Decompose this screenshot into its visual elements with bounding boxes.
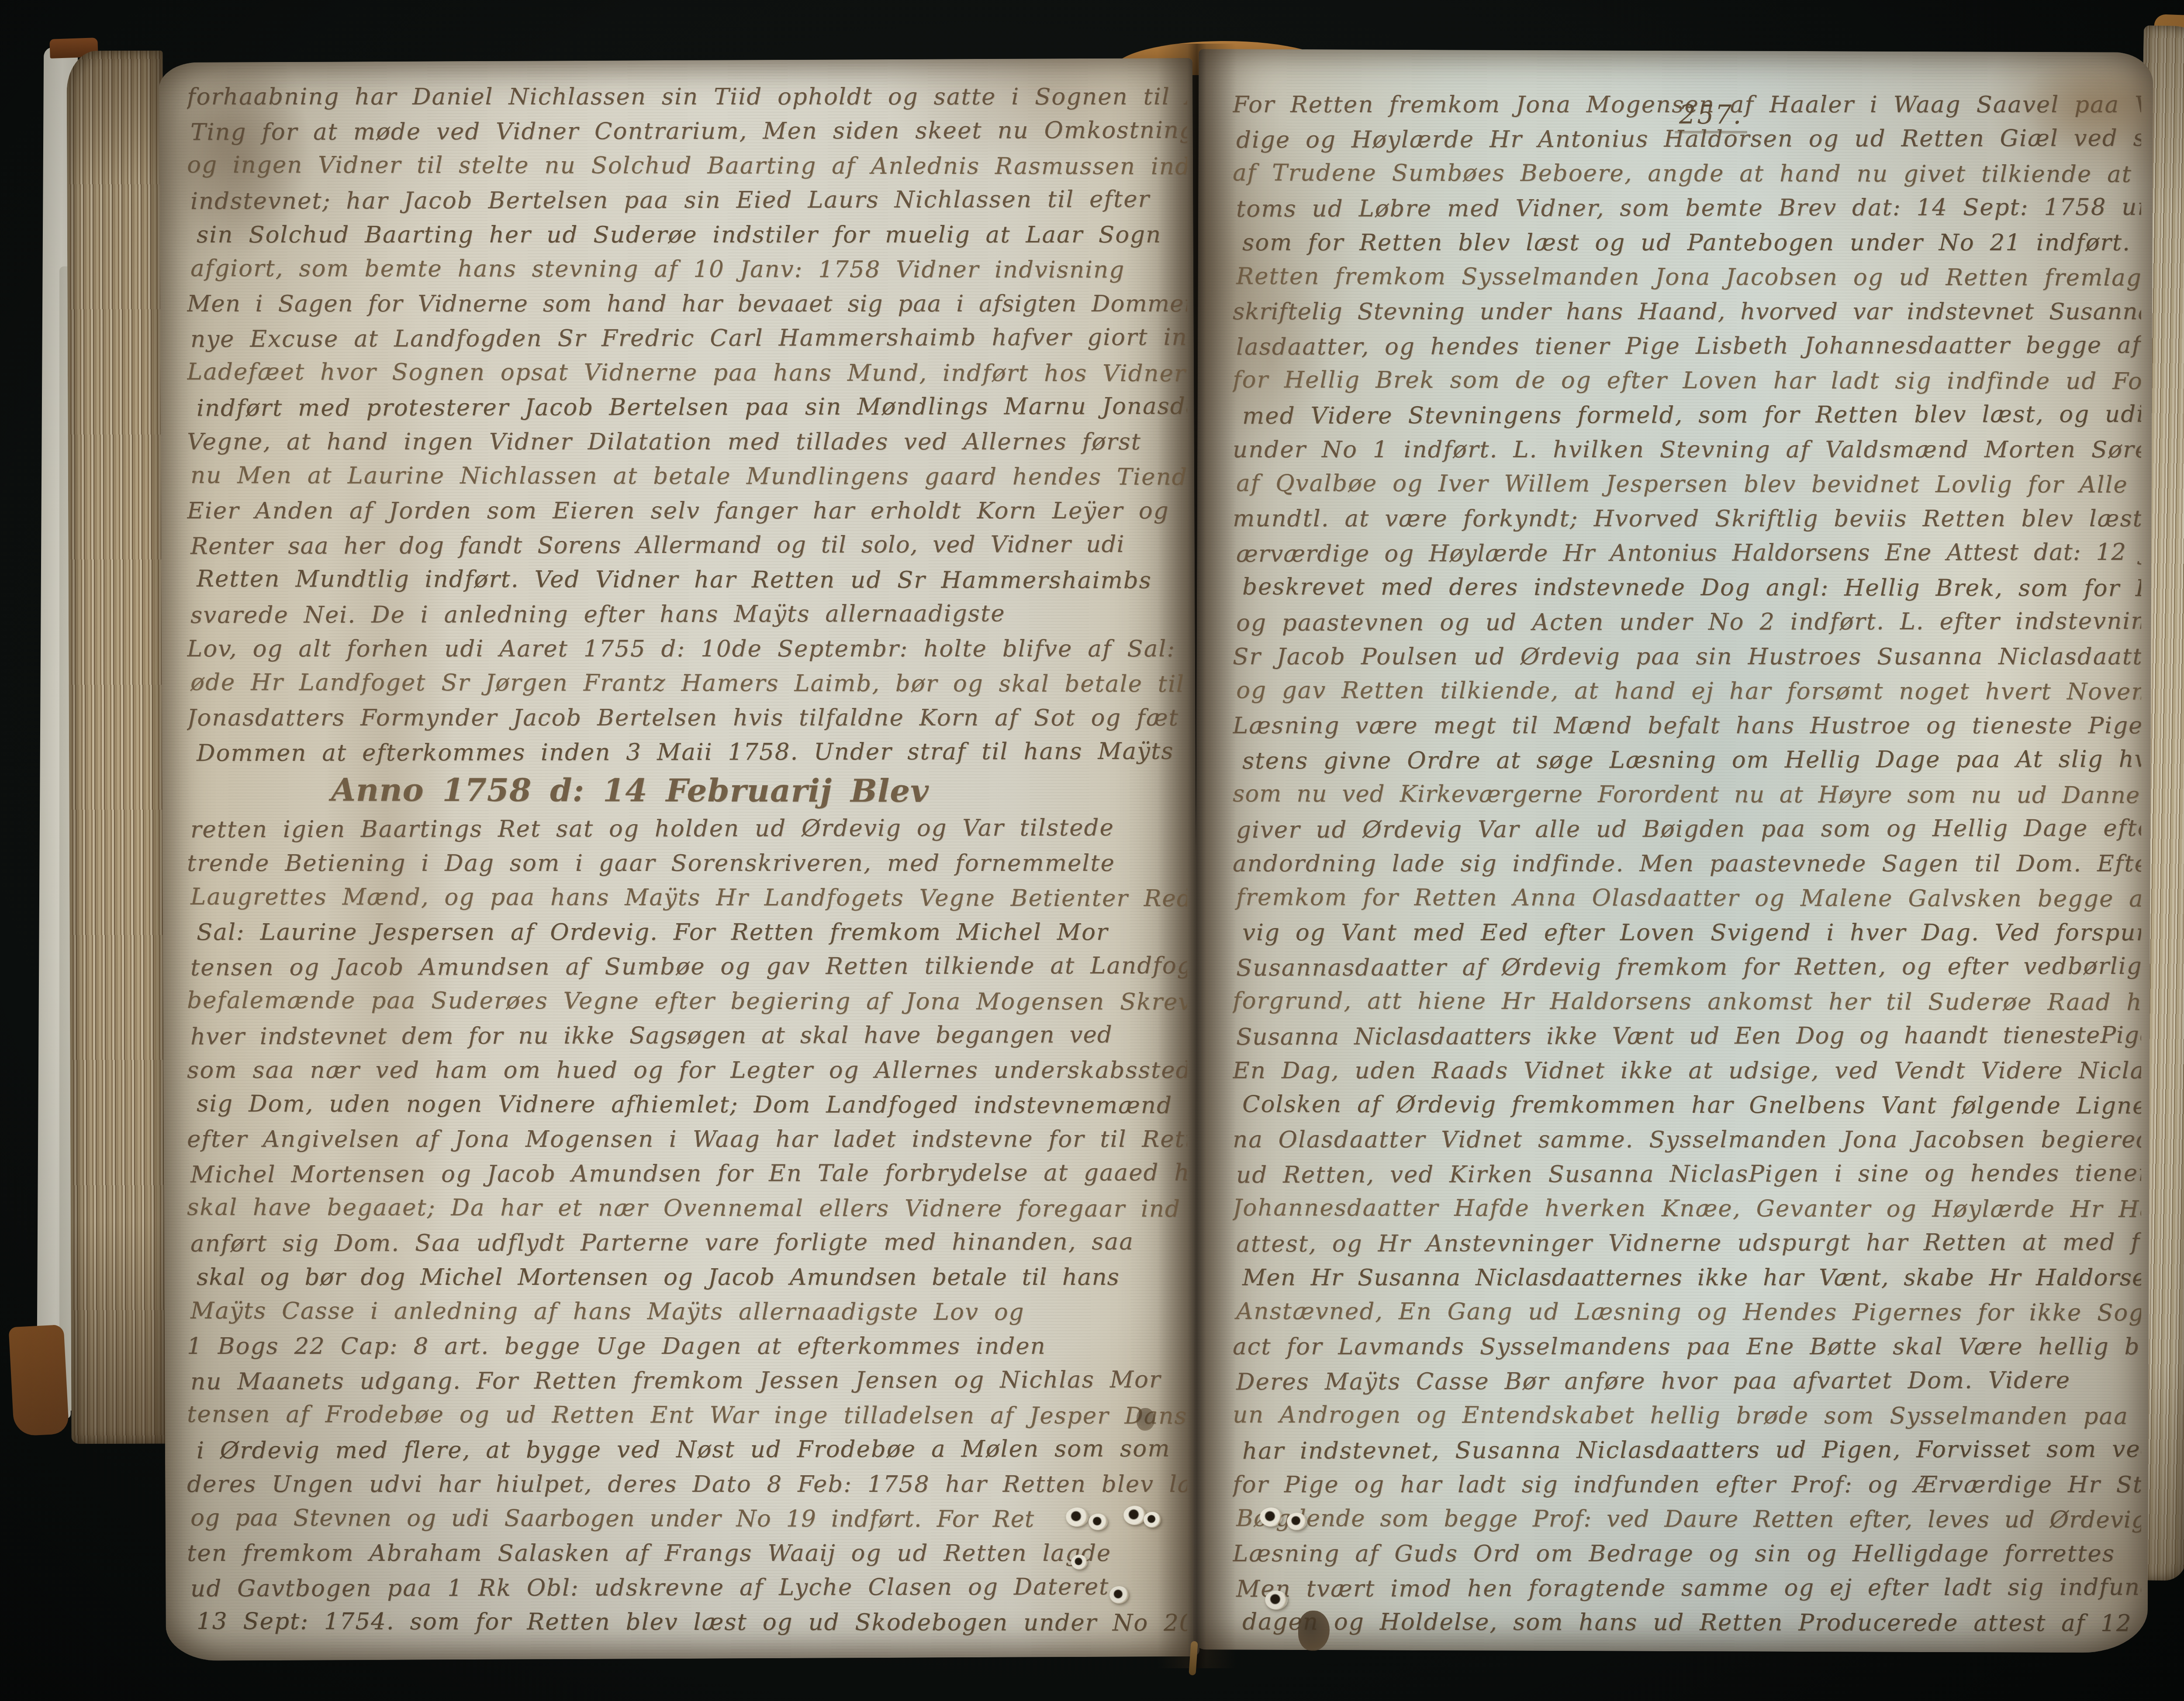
manuscript-line: tensen af Frodebøe og ud Retten Ent War … xyxy=(187,1397,1187,1433)
manuscript-line: Anstævned, En Gang ud Læsning og Hendes … xyxy=(1233,1294,2141,1330)
manuscript-line: som saa nær ved ham om hued og for Legte… xyxy=(187,1053,1187,1087)
manuscript-line: un Androgen og Entendskabet hellig brøde… xyxy=(1233,1397,2141,1434)
manuscript-line: Bøigdende som begge Prof: ved Daure Rett… xyxy=(1233,1501,2141,1537)
manuscript-line: som for Retten blev læst og ud Panteboge… xyxy=(1233,225,2141,260)
manuscript-line: toms ud Løbre med Vidner, som bemte Brev… xyxy=(1233,190,2141,226)
manuscript-line: af Trudene Sumbøes Beboere, angde at han… xyxy=(1233,155,2141,192)
manuscript-line: Maÿts Casse i anledning af hans Maÿts al… xyxy=(187,1294,1187,1330)
manuscript-line: i Ørdevig med flere, at bygge ved Nøst u… xyxy=(187,1432,1187,1468)
manuscript-line: Vegne, at hand ingen Vidner Dilatation m… xyxy=(187,424,1187,459)
manuscript-line: anført sig Dom. Saa udflydt Parterne var… xyxy=(187,1225,1187,1261)
worm-hole xyxy=(1260,1508,1282,1527)
manuscript-line: En Dag, uden Raads Vidnet ikke at udsige… xyxy=(1233,1053,2141,1088)
manuscript-line: med Videre Stevningens formeld, som for … xyxy=(1233,397,2141,433)
manuscript-line: nu Men at Laurine Nichlassen at betale M… xyxy=(187,458,1187,494)
left-fore-edge-page-stack xyxy=(66,51,167,1444)
manuscript-line: Men tvært imod hen foragtende samme og e… xyxy=(1233,1570,2141,1606)
manuscript-line: dagen og Holdelse, som hans ud Retten Pr… xyxy=(1233,1604,2141,1641)
manuscript-line: Jonasdatters Formynder Jacob Bertelsen h… xyxy=(187,700,1187,735)
manuscript-line: sig Dom, uden nogen Vidnere afhiemlet; D… xyxy=(187,1087,1187,1123)
manuscript-line: Dommen at efterkommes inden 3 Maii 1758.… xyxy=(187,734,1187,771)
manuscript-line: vig og Vant med Eed efter Loven Svigend … xyxy=(1233,915,2141,950)
manuscript-line: afgiort, som bemte hans stevning af 10 J… xyxy=(187,251,1187,287)
manuscript-line: Johannesdaatter Hafde hverken Knæe, Geva… xyxy=(1233,1190,2141,1227)
manuscript-line: sin Solchud Baarting her ud Suderøe inds… xyxy=(187,217,1187,252)
manuscript-line: skriftelig Stevning under hans Haand, hv… xyxy=(1233,294,2141,329)
worm-hole xyxy=(1123,1506,1146,1525)
manuscript-line: nu Maanets udgang. For Retten fremkom Je… xyxy=(187,1363,1187,1399)
manuscript-line: Sr Jacob Poulsen ud Ørdevig paa sin Hust… xyxy=(1233,639,2141,674)
manuscript-line: øde Hr Landfoget Sr Jørgen Frantz Hamers… xyxy=(187,665,1187,701)
manuscript-line: trende Betiening i Dag som i gaar Sorens… xyxy=(187,846,1187,880)
manuscript-line: andordning lade sig indfinde. Men paaste… xyxy=(1233,846,2141,881)
manuscript-line: som nu ved Kirkeværgerne Forordent nu at… xyxy=(1233,776,2141,813)
manuscript-line: forgrund, att hiene Hr Haldorsens ankoms… xyxy=(1233,983,2141,1020)
manuscript-line: Laugrettes Mænd, og paa hans Maÿts Hr La… xyxy=(187,880,1187,916)
manuscript-line: stens givne Ordre at søge Læsning om Hel… xyxy=(1233,742,2141,778)
manuscript-line: Colsken af Ørdevig fremkommen har Gnelbe… xyxy=(1233,1087,2141,1123)
manuscript-line: efter Angivelsen af Jona Mogensen i Waag… xyxy=(187,1122,1187,1156)
manuscript-line: og gav Retten tilkiende, at hand ej har … xyxy=(1233,673,2141,709)
worm-hole xyxy=(1071,1555,1088,1570)
manuscript-line: 1 Bogs 22 Cap: 8 art. begge Uge Dagen at… xyxy=(187,1329,1187,1363)
manuscript-line: Deres Maÿts Casse Bør anføre hvor paa af… xyxy=(1233,1363,2141,1399)
right-page-text: For Retten fremkom Jona Mogensen af Haal… xyxy=(1233,87,2141,1651)
section-heading-line: Anno 1758 d: 14 Februarij Blev xyxy=(187,769,1187,812)
manuscript-line: Retten fremkom Sysselmanden Jona Jacobse… xyxy=(1233,259,2141,295)
manuscript-line: Sal: Laurine Jespersen af Ordevig. For R… xyxy=(187,915,1187,949)
left-page-text: forhaabning har Daniel Nichlassen sin Ti… xyxy=(187,79,1187,1656)
worm-hole xyxy=(1066,1508,1089,1527)
manuscript-line: ud Gavtbogen paa 1 Rk Obl: udskrevne af … xyxy=(187,1570,1187,1606)
manuscript-line: for Pige og har ladt sig indfunden efter… xyxy=(1233,1467,2141,1502)
manuscript-line: Men i Sagen for Vidnerne som hand har be… xyxy=(187,286,1187,321)
manuscript-line: af Qvalbøe og Iver Willem Jespersen blev… xyxy=(1233,466,2141,502)
manuscript-line: indført med protesterer Jacob Bertelsen … xyxy=(187,389,1187,426)
worm-hole xyxy=(1089,1514,1108,1530)
worm-hole xyxy=(1144,1512,1161,1528)
manuscript-line: Læsning være megt til Mænd befalt hans H… xyxy=(1233,708,2141,743)
manuscript-line: retten igien Baartings Ret sat og holden… xyxy=(187,811,1187,847)
manuscript-line: 13 Sept: 1754. som for Retten blev læst … xyxy=(187,1604,1187,1640)
worm-hole xyxy=(1287,1513,1307,1530)
manuscript-line: Eier Anden af Jorden som Eieren selv fan… xyxy=(187,493,1187,528)
manuscript-line: befalemænde paa Suderøes Vegne efter beg… xyxy=(187,983,1187,1019)
worm-hole xyxy=(1265,1591,1288,1610)
manuscript-line: giver ud Ørdevig Var alle ud Bøigden paa… xyxy=(1233,811,2141,847)
manuscript-line: Renter saa her dog fandt Sorens Allerman… xyxy=(187,527,1187,564)
manuscript-line: tensen og Jacob Amundsen af Sumbøe og ga… xyxy=(187,949,1187,985)
manuscript-line: lasdaatter, og hendes tiener Pige Lisbet… xyxy=(1233,328,2141,364)
manuscript-line: mundtl. at være forkyndt; Hvorved Skrift… xyxy=(1233,501,2141,536)
manuscript-line: Men Hr Susanna Niclasdaatternes ikke har… xyxy=(1233,1260,2141,1295)
manuscript-line: Ting for at møde ved Vidner Contrarium, … xyxy=(187,113,1187,150)
manuscript-line: na Olasdaatter Vidnet samme. Sysselmande… xyxy=(1233,1122,2141,1157)
manuscript-line: hver indstevnet dem for nu ikke Sagsøgen… xyxy=(187,1018,1187,1054)
worm-hole xyxy=(1109,1586,1129,1604)
manuscript-line: har indstevnet, Susanna Niclasdaatters u… xyxy=(1233,1432,2141,1468)
manuscript-line: deres Ungen udvi har hiulpet, deres Dato… xyxy=(187,1467,1187,1501)
manuscript-line: Susanna Niclasdaatters ikke Vænt ud Een … xyxy=(1233,1018,2141,1054)
manuscript-line: under No 1 indført. L. hvilken Stevning … xyxy=(1233,432,2141,467)
manuscript-line: act for Lavmands Sysselmandens paa Ene B… xyxy=(1233,1329,2141,1364)
manuscript-line: ærværdige og Høylærde Hr Antonius Haldor… xyxy=(1233,535,2141,571)
manuscript-line: skal og bør dog Michel Mortensen og Jaco… xyxy=(187,1260,1187,1294)
manuscript-line: og ingen Vidner til stelte nu Solchud Ba… xyxy=(187,148,1187,184)
manuscript-line: Michel Mortensen og Jacob Amundsen for E… xyxy=(187,1156,1187,1192)
manuscript-line: Læsning af Guds Ord om Bedrage og sin og… xyxy=(1233,1536,2141,1571)
manuscript-line: Retten Mundtlig indført. Ved Vidner har … xyxy=(187,562,1187,598)
manuscript-line: Lov, og alt forhen udi Aaret 1755 d: 10d… xyxy=(187,631,1187,666)
manuscript-line: dige og Høylærde Hr Antonius Haldorsen o… xyxy=(1233,121,2141,157)
manuscript-line: svarede Nei. De i anledning efter hans M… xyxy=(187,596,1187,633)
manuscript-line: ten fremkom Abraham Salasken af Frangs W… xyxy=(187,1536,1187,1570)
manuscript-line: ud Retten, ved Kirken Susanna NiclasPige… xyxy=(1233,1156,2141,1192)
manuscript-line: skal have begaaet; Da har et nær Ovennem… xyxy=(187,1190,1187,1226)
manuscript-line: indstevnet; har Jacob Bertelsen paa sin … xyxy=(187,182,1187,219)
manuscript-line: For Retten fremkom Jona Mogensen af Haal… xyxy=(1233,87,2141,122)
manuscript-line: og paa Stevnen og udi Saarbogen under No… xyxy=(187,1501,1187,1537)
manuscript-line: Susannasdaatter af Ørdevig fremkom for R… xyxy=(1233,949,2141,985)
manuscript-line: attest, og Hr Anstevninger Vidnerne udsp… xyxy=(1233,1225,2141,1261)
manuscript-line: for Hellig Brek som de og efter Loven ha… xyxy=(1233,362,2141,399)
manuscript-line: fremkom for Retten Anna Olasdaatter og M… xyxy=(1233,880,2141,916)
manuscript-line: Ladefæet hvor Sognen opsat Vidnerne paa … xyxy=(187,355,1187,391)
leather-corner-bottom-left xyxy=(9,1325,69,1436)
manuscript-line: nye Excuse at Landfogden Sr Fredric Carl… xyxy=(187,320,1187,357)
manuscript-line: og paastevnen og ud Acten under No 2 ind… xyxy=(1233,604,2141,640)
manuscript-line: forhaabning har Daniel Nichlassen sin Ti… xyxy=(187,79,1187,114)
manuscript-line: beskrevet med deres indstevnede Dog angl… xyxy=(1233,569,2141,606)
